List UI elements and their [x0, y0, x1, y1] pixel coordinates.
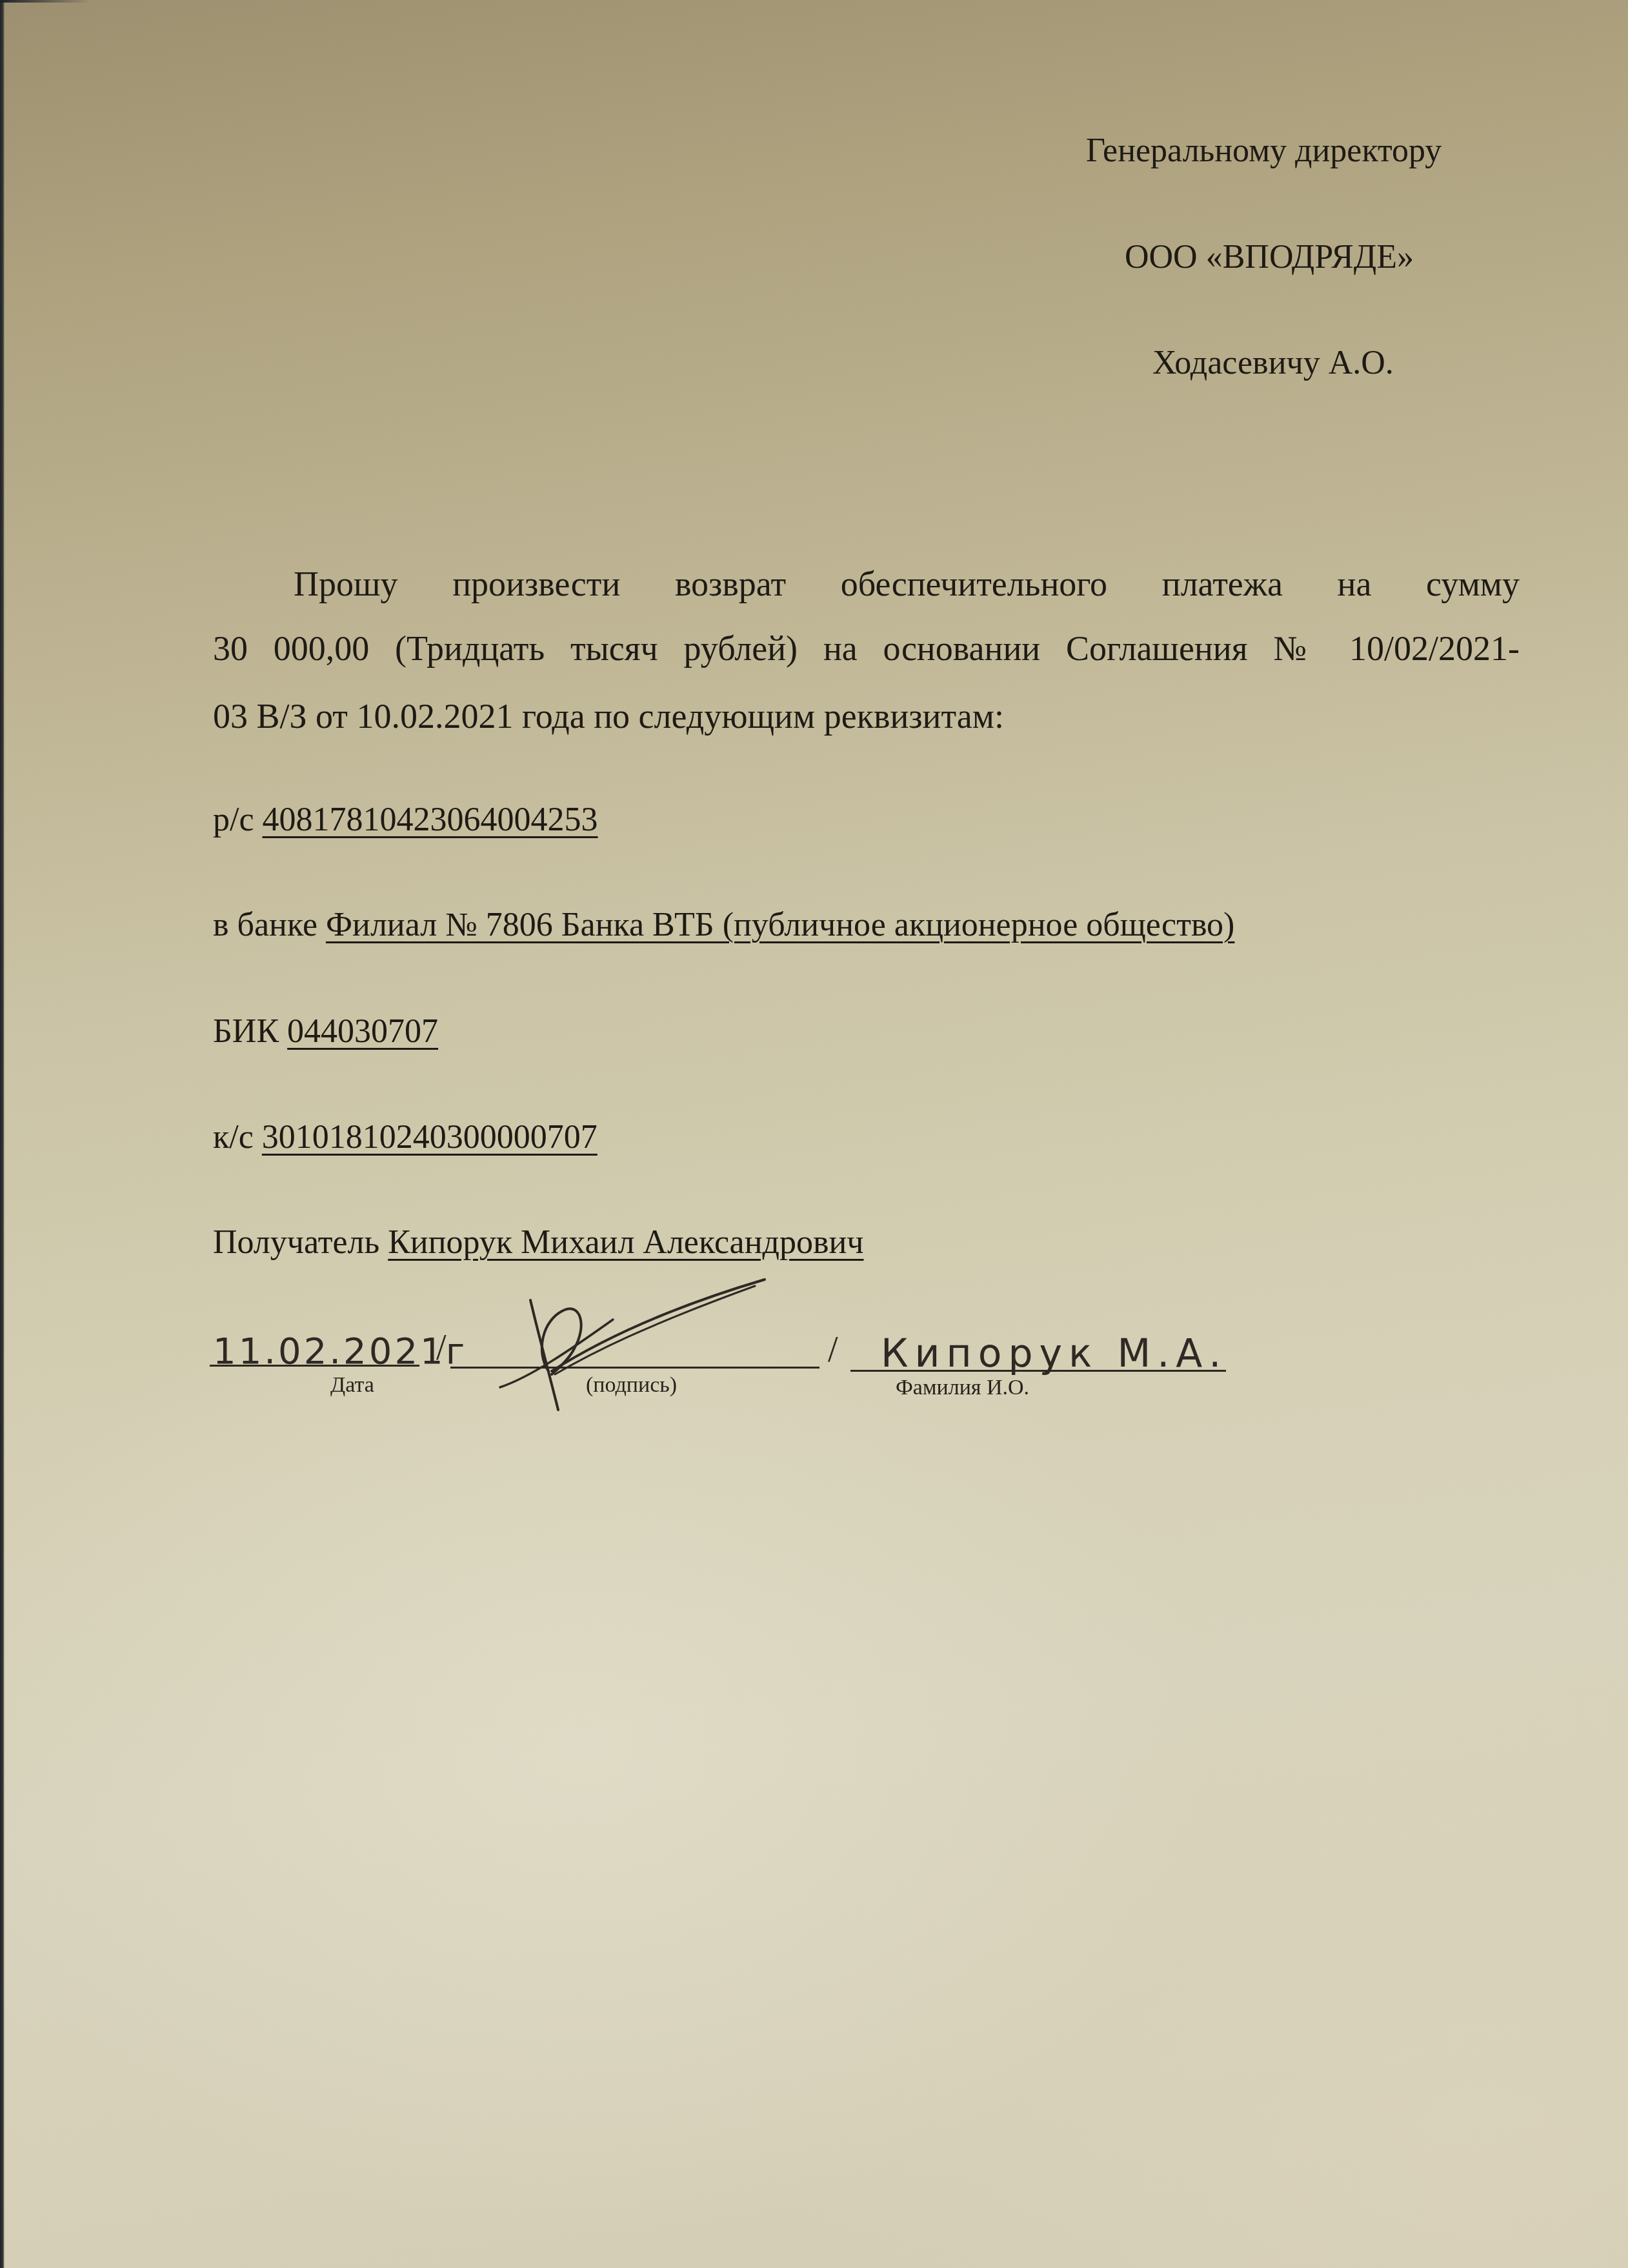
account-value: 40817810423064004253 — [263, 801, 598, 838]
corr-account-value: 30101810240300000707 — [262, 1119, 598, 1156]
addressee-name: Ходасевичу А.О. — [1152, 346, 1394, 380]
request-line-3: 03 В/З от 10.02.2021 года по следующим р… — [213, 699, 1520, 734]
account-label: р/с — [213, 801, 254, 838]
requisite-recipient: Получатель Кипорук Михаил Александрович — [213, 1226, 864, 1259]
signature-caption: (подпись) — [586, 1373, 677, 1398]
bik-value: 044030707 — [287, 1013, 438, 1050]
request-line-1: Прошу произвести возврат обеспечительног… — [213, 567, 1520, 601]
separator-2: / — [828, 1329, 838, 1370]
bank-value: Филиал № 7806 Банка ВТБ (публичное акцио… — [326, 907, 1234, 943]
recipient-label: Получатель — [213, 1224, 379, 1261]
handwritten-name: Кипорук М.А. — [881, 1331, 1227, 1376]
bik-label: БИК — [213, 1013, 279, 1050]
addressee-company: ООО «ВПОДРЯДЕ» — [1125, 241, 1414, 274]
name-caption: Фамилия И.О. — [896, 1376, 1029, 1400]
corr-account-label: к/с — [213, 1119, 254, 1156]
requisite-bik: БИК 044030707 — [213, 1015, 438, 1049]
date-caption: Дата — [330, 1373, 374, 1398]
bank-label: в банке — [213, 907, 317, 943]
recipient-value: Кипорук Михаил Александрович — [388, 1224, 863, 1261]
date-line — [210, 1365, 419, 1367]
addressee-position: Генеральному директору — [1086, 134, 1442, 168]
separator-1: / — [436, 1327, 447, 1369]
page-corner-shadow — [0, 0, 90, 3]
request-line-2: 30 000,00 (Тридцать тысяч рублей) на осн… — [213, 631, 1520, 666]
requisite-bank: в банке Филиал № 7806 Банка ВТБ (публичн… — [213, 908, 1234, 942]
requisite-account: р/с 40817810423064004253 — [213, 803, 598, 837]
page-edge-shadow — [0, 0, 5, 2268]
requisite-corr-account: к/с 30101810240300000707 — [213, 1121, 598, 1154]
